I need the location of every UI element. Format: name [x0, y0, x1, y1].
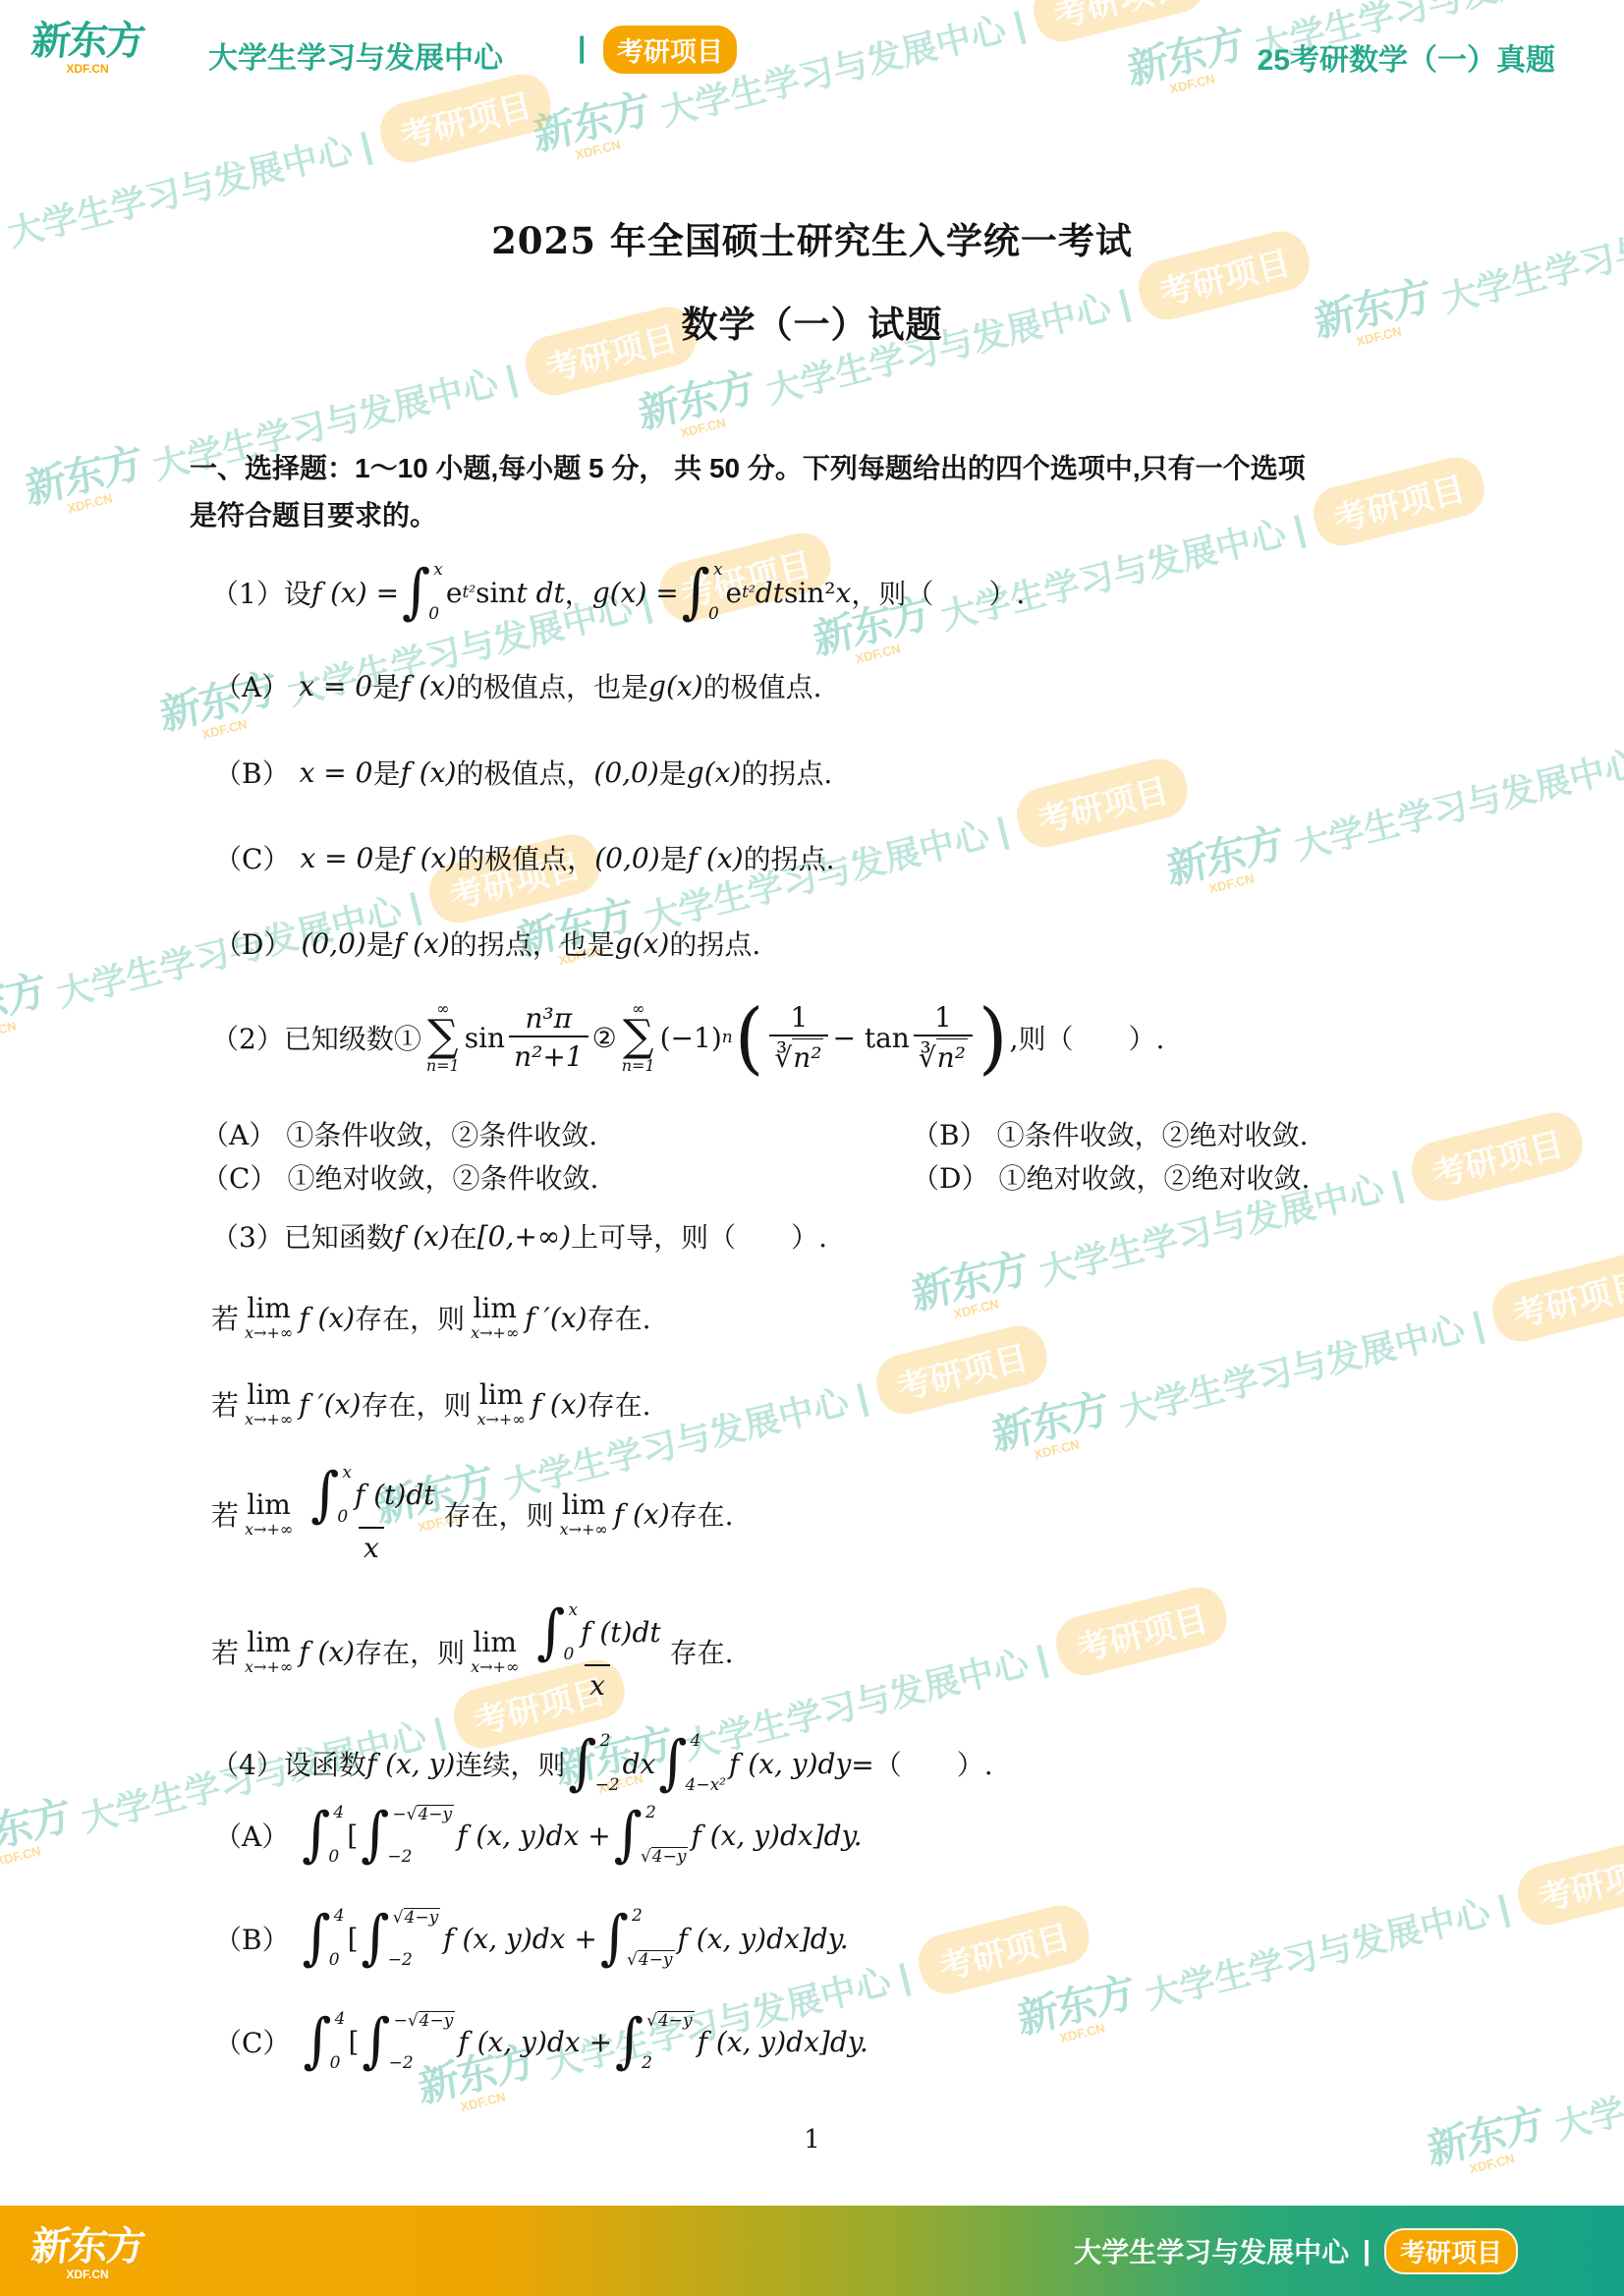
square-root: √4−y: [646, 2011, 695, 2030]
integral: ∫x0: [402, 561, 443, 624]
exam-title-line2: 数学（一）试题: [0, 295, 1624, 348]
header-kaoyan-badge: 考研项目: [603, 26, 737, 74]
integral: ∫−√4−y−2: [362, 2010, 455, 2073]
fraction: n³πn²+1: [509, 1001, 588, 1074]
watermark-stamp: 新东方XDF.CN大学生学习与发展中心 |考研项目: [987, 1248, 1624, 1473]
question-3-statement-1: 若 limx→+∞ f (x) 存在， 则 limx→+∞ f ′(x) 存在.: [211, 1287, 650, 1348]
square-root: √4−y: [627, 1950, 675, 1969]
page-number: 1: [0, 2125, 1624, 2155]
question-4-stem: （4）设函数 f (x, y) 连续，则 ∫2−2 dx ∫44−x² f (x…: [211, 1731, 993, 1796]
xdf-logo-text: 新东方: [29, 22, 145, 61]
cube-root: ∛n²: [919, 1038, 968, 1075]
question-3-statement-2: 若 limx→+∞ f ′(x) 存在， 则 limx→+∞ f (x) 存在.: [211, 1373, 650, 1434]
limit: limx→+∞: [245, 1491, 293, 1538]
footer-org-label: 大学生学习与发展中心: [1074, 2231, 1349, 2270]
limit: limx→+∞: [245, 1295, 293, 1341]
question-1-option-a: （A） x = 0 是 f (x) 的极值点，也是 g(x) 的极值点.: [214, 664, 822, 707]
fraction: 1∛n²: [769, 1000, 828, 1075]
integral: ∫−√4−y−2: [361, 1804, 454, 1867]
question-2-option-a: （A）①条件收敛，②条件收敛.: [201, 1114, 597, 1153]
question-3-stem: （3）已知函数 f (x) 在 [0,+∞) 上可导，则（ ）.: [211, 1214, 827, 1258]
integral: ∫40: [302, 1804, 344, 1867]
page-header: 新东方 XDF.CN 大学生学习与发展中心 | 考研项目 25考研数学（一）真题: [0, 0, 1624, 88]
question-1-option-c: （C） x = 0 是 f (x) 的极值点，(0,0) 是 f (x) 的拐点…: [214, 836, 834, 879]
footer-separator: |: [1363, 2235, 1371, 2267]
integral: ∫√4−y−2: [362, 1907, 441, 1970]
limit: limx→+∞: [245, 1381, 293, 1428]
question-2-option-b: （B）①条件收敛，②绝对收敛.: [912, 1114, 1308, 1153]
footer-kaoyan-badge: 考研项目: [1384, 2228, 1518, 2274]
integral: ∫√4−y2: [615, 2010, 695, 2073]
xdf-logo-domain: XDF.CN: [66, 63, 108, 75]
xdf-logo: 新东方 XDF.CN: [31, 22, 143, 75]
question-4-option-c: （C） ∫40 [ ∫−√4−y−2 f (x, y)dx + ∫√4−y2 f…: [214, 2007, 868, 2076]
xdf-logo: 新东方 XDF.CN: [31, 2227, 143, 2280]
header-exam-label: 25考研数学（一）真题: [1258, 35, 1555, 79]
xdf-logo-domain: XDF.CN: [66, 2268, 108, 2280]
xdf-logo-watermark: 新东方XDF.CN: [1013, 1971, 1141, 2052]
limit: limx→+∞: [245, 1629, 293, 1675]
footer-brand: 新东方 XDF.CN 大学生学习与发展中心 | 考研项目: [1074, 2228, 1518, 2274]
xdf-logo-watermark: 新东方XDF.CN: [634, 365, 761, 447]
question-1-option-d: （D） (0,0) 是 f (x) 的拐点，也是 g(x) 的拐点.: [214, 922, 760, 965]
fraction: ∫x0f (t)dt x: [529, 1601, 665, 1703]
limit: limx→+∞: [471, 1629, 519, 1675]
integral: ∫x0: [310, 1464, 352, 1527]
watermark-stamp: 新东方XDF.CN大学生学习与发展中心 |考研项目: [1162, 682, 1624, 907]
xdf-logo-watermark: 新东方XDF.CN: [987, 1387, 1115, 1469]
xdf-logo-watermark: 新东方XDF.CN: [907, 1247, 1035, 1328]
integral: ∫2√4−y: [614, 1804, 689, 1867]
question-3-statement-3: 若 limx→+∞ ∫x0f (t)dt x 存在， 则 limx→+∞ f (…: [211, 1454, 734, 1574]
page-footer: 新东方 XDF.CN 大学生学习与发展中心 | 考研项目: [0, 2206, 1624, 2296]
question-3-statement-4: 若 limx→+∞ f (x) 存在， 则 limx→+∞ ∫x0f (t)dt…: [211, 1592, 734, 1711]
fraction: ∫x0f (t)dt x: [303, 1464, 439, 1565]
exam-page: 新东方XDF.CN大学生学习与发展中心 |考研项目 新东方XDF.CN大学生学习…: [0, 0, 1624, 2296]
limit: limx→+∞: [471, 1295, 519, 1341]
integral: ∫x0: [682, 561, 723, 624]
square-root: √4−y: [393, 1908, 441, 1927]
xdf-logo-watermark: 新东方XDF.CN: [0, 969, 52, 1050]
xdf-logo-watermark: 新东方XDF.CN: [529, 87, 656, 169]
square-root: √4−y: [641, 1847, 689, 1866]
question-2-stem: （2）已知级数① ∞∑n=1 sin n³πn²+1 ② ∞∑n=1 (−1)n…: [211, 990, 1164, 1085]
exam-title-line1: 2025 年全国硕士研究生入学统一考试: [0, 211, 1624, 264]
square-root: √4−y: [408, 2011, 456, 2030]
cube-root: ∛n²: [774, 1038, 823, 1075]
summation: ∞∑n=1: [426, 1001, 460, 1073]
limit: limx→+∞: [560, 1491, 608, 1538]
question-4-option-b: （B） ∫40 [ ∫√4−y−2 f (x, y)dx + ∫2√4−y f …: [214, 1904, 849, 1973]
question-1-option-b: （B） x = 0 是 f (x) 的极值点，(0,0) 是 g(x) 的拐点.: [214, 751, 832, 794]
xdf-logo-watermark: 新东方XDF.CN: [1162, 821, 1290, 903]
integral: ∫44−x²: [658, 1732, 726, 1795]
summation: ∞∑n=1: [622, 1001, 655, 1073]
watermark-stamp: 新东方XDF.CN大学生学习与发展中心 |考研项目: [1013, 1831, 1624, 2056]
integral: ∫x0: [536, 1601, 578, 1664]
square-root: √4−y: [407, 1805, 455, 1823]
integral: ∫2√4−y: [600, 1907, 675, 1970]
integral: ∫40: [303, 2010, 345, 2073]
question-4-option-a: （A） ∫40 [ ∫−√4−y−2 f (x, y)dx + ∫2√4−y f…: [214, 1801, 863, 1870]
question-2-option-d: （D）①绝对收敛，②绝对收敛.: [912, 1157, 1310, 1197]
section-heading-line1: 一、选择题：1～10 小题,每小题 5 分， 共 50 分。下列每题给出的四个选…: [190, 447, 1306, 486]
header-separator: |: [578, 31, 586, 65]
integral: ∫2−2: [568, 1732, 619, 1795]
question-2-option-c: （C）①绝对收敛，②条件收敛.: [201, 1157, 598, 1197]
header-org-label: 大学生学习与发展中心: [208, 33, 503, 77]
xdf-logo-watermark: 新东方XDF.CN: [0, 1794, 77, 1876]
section-heading-line2: 是符合题目要求的。: [190, 494, 437, 533]
xdf-logo-watermark: 新东方XDF.CN: [21, 441, 148, 523]
question-1-stem: （1）设 f (x) = ∫x0 et² sin t dt ， g(x) = ∫…: [211, 553, 1025, 632]
fraction: 1∛n²: [914, 1000, 973, 1075]
integral: ∫40: [303, 1907, 345, 1970]
limit: limx→+∞: [476, 1381, 525, 1428]
xdf-logo-text: 新东方: [29, 2227, 145, 2267]
